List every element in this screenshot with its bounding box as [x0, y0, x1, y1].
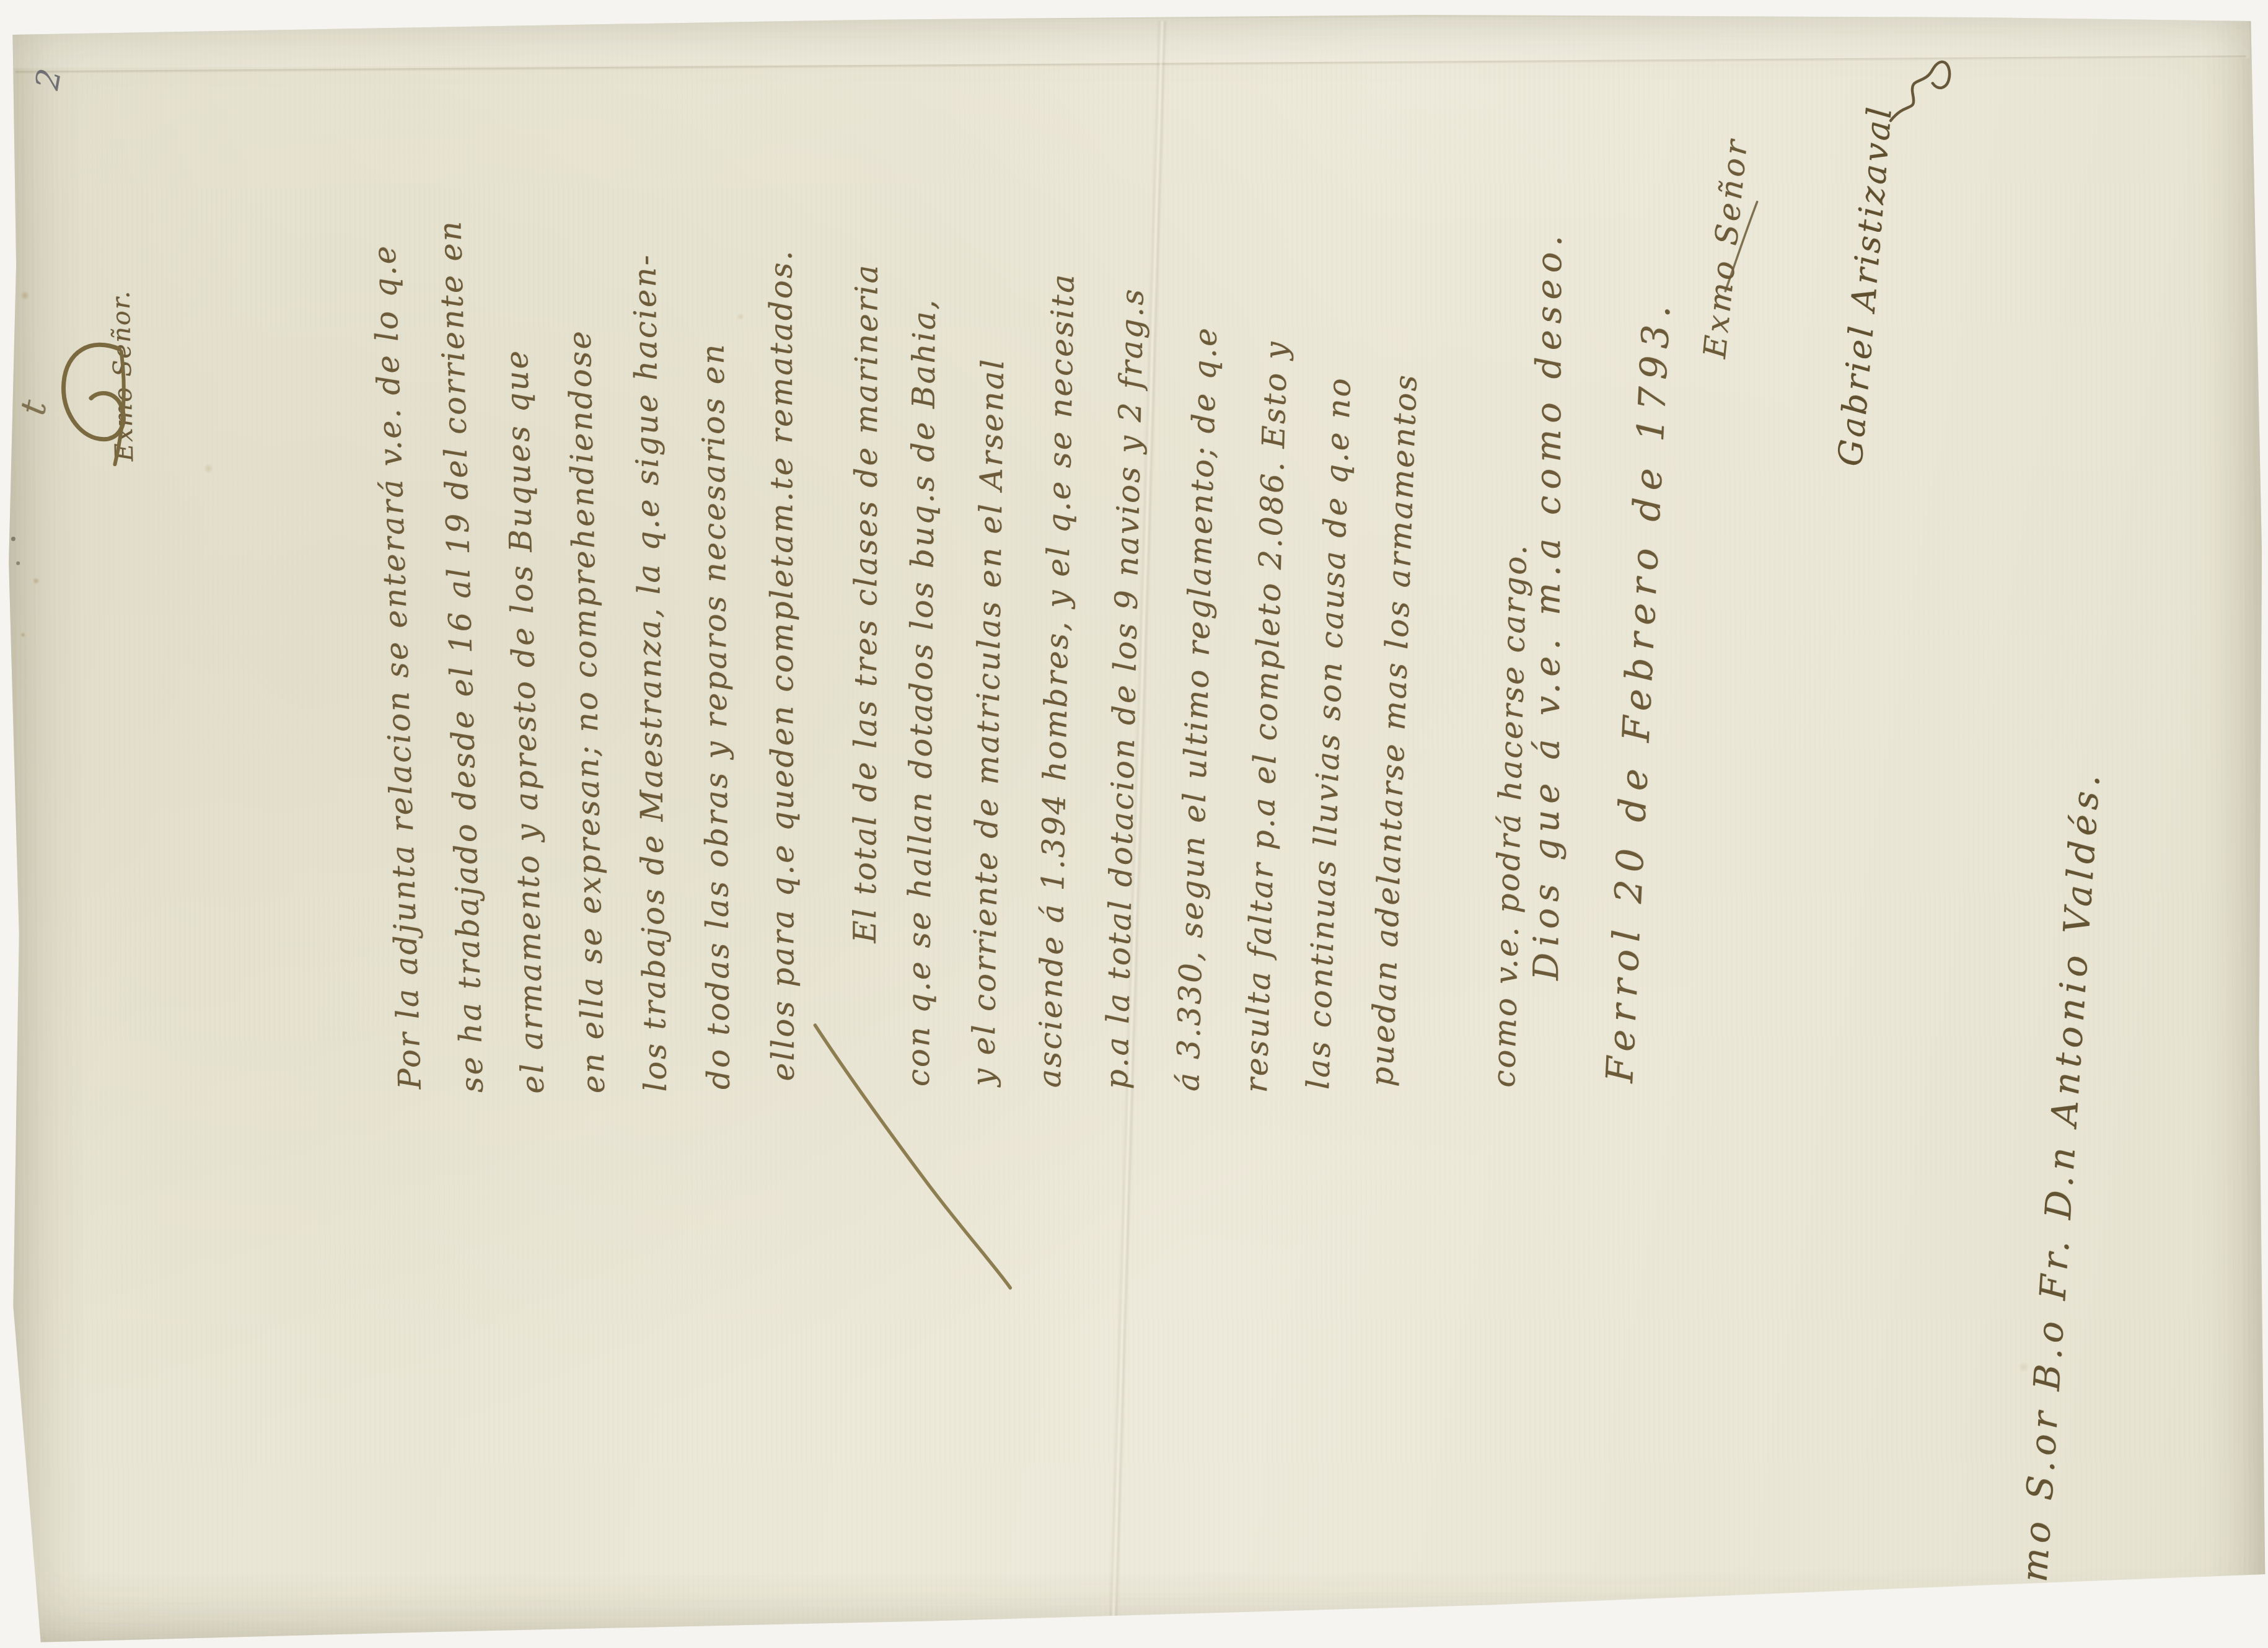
- ink-flourishes: [0, 0, 2268, 1648]
- long-pen-stroke: [815, 1024, 1010, 1289]
- salutation-rubric-tail: [115, 351, 125, 464]
- closing-dash: [1725, 202, 1758, 291]
- manuscript-scan: 2 t Exmo Señor. Por la adjunta relacion …: [0, 0, 2268, 1648]
- signature-rubric: [1891, 62, 1950, 121]
- salutation-rubric-flourish: [63, 345, 123, 439]
- letter-sheet: 2 t Exmo Señor. Por la adjunta relacion …: [0, 0, 2268, 1648]
